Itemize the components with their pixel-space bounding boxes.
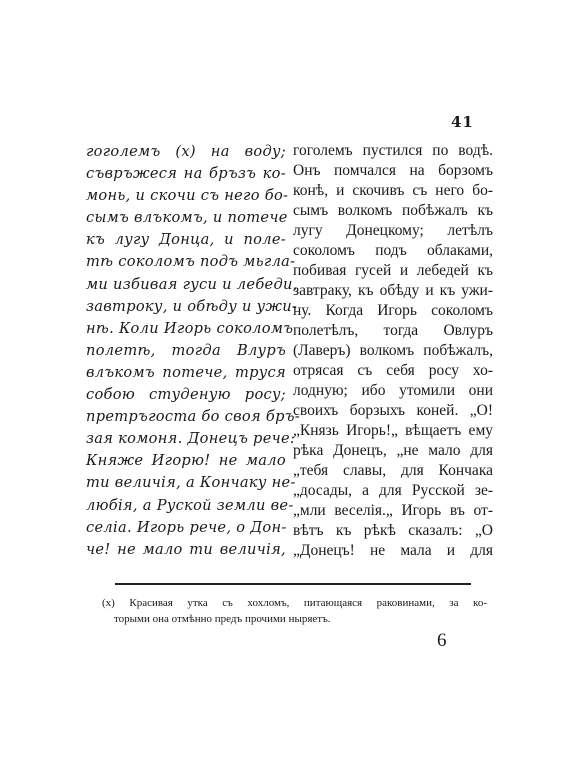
signature-mark: 6 (437, 630, 447, 652)
text-line: „мли веселія.„ Игорь въ от- (293, 501, 493, 521)
text-line: „Князь Игорь!„ вѣщаетъ ему (293, 421, 493, 441)
text-line: къ лугу Донца, и поле- (86, 229, 286, 251)
text-line: конѣ, и скочивъ съ него бо- (293, 181, 493, 201)
text-line: Онъ помчался на борзомъ (293, 161, 493, 181)
text-line: съвръжеся на бръзъ ко- (86, 163, 286, 185)
text-line: соколомъ подъ облаками, (293, 241, 493, 261)
text-line: рѣка Донецъ, „не мало для (293, 441, 493, 461)
text-line: тѣ соколомъ подъ мьгла- (86, 251, 286, 273)
text-line: ти величія, а Кончаку не- (86, 472, 286, 494)
text-line: сымъ влъкомъ, и потече (86, 207, 286, 229)
text-line: полетѣлъ, тогда Овлуръ (293, 321, 493, 341)
text-line: полетѣ, тогда Влуръ (86, 340, 286, 362)
modern-russian-translation-column: гоголемъ пустился по водѣ.Онъ помчался н… (293, 141, 493, 561)
text-line: собою студеную росу; (86, 384, 286, 406)
footnote-line-2: торыми она отмѣнно предъ прочими ныряетъ… (102, 611, 487, 627)
text-line: гоголемъ (x) на воду; (86, 141, 286, 163)
text-line: нѣ. Коли Игорь соколомъ (86, 318, 286, 340)
footnote-rule (115, 583, 471, 585)
text-line: своихъ борзыхъ коней. „О! (293, 401, 493, 421)
text-line: (Лаверъ) волкомъ побѣжалъ, (293, 341, 493, 361)
text-line: вѣтъ къ рѣкѣ сказалъ: „О (293, 521, 493, 541)
text-line: претръгоста бо своя бръ- (86, 406, 286, 428)
text-line: монь, и скочи съ него бо- (86, 185, 286, 207)
text-line: че! не мало ти величія, (86, 539, 286, 561)
text-line: лугу Донецкому; летѣлъ (293, 221, 493, 241)
text-line: любія, а Руской земли ве- (86, 495, 286, 517)
text-line: лодную; ибо утомили они (293, 381, 493, 401)
text-line: „Донецъ! не мала и для (293, 541, 493, 561)
text-line: отрясая съ себя росу хо- (293, 361, 493, 381)
text-line: „тебя славы, для Кончака (293, 461, 493, 481)
text-line: влъкомъ потече, труся (86, 362, 286, 384)
text-line: завтроку, и обѣду и ужи- (86, 296, 286, 318)
text-line: селіа. Игорь рече, о Дон- (86, 517, 286, 539)
old-russian-text-column: гоголемъ (x) на воду;съвръжеся на бръзъ … (86, 141, 286, 561)
text-line: побивая гусей и лебедей къ (293, 261, 493, 281)
page-number: 41 (451, 113, 474, 131)
text-line: сымъ волкомъ побѣжалъ къ (293, 201, 493, 221)
text-line: гоголемъ пустился по водѣ. (293, 141, 493, 161)
text-line: ми избивая гуси и лебеди, (86, 274, 286, 296)
text-line: ну. Когда Игорь соколомъ (293, 301, 493, 321)
text-line: Княже Игорю! не мало (86, 450, 286, 472)
text-line: завтраку, къ обѣду и къ ужи- (293, 281, 493, 301)
text-line: зая комоня. Донецъ рече: (86, 428, 286, 450)
footnote: (x) Красивая утка съ хохломъ, питающаяся… (102, 595, 487, 627)
text-line: „досады, а для Русской зе- (293, 481, 493, 501)
footnote-line-1: (x) Красивая утка съ хохломъ, питающаяся… (102, 595, 487, 611)
